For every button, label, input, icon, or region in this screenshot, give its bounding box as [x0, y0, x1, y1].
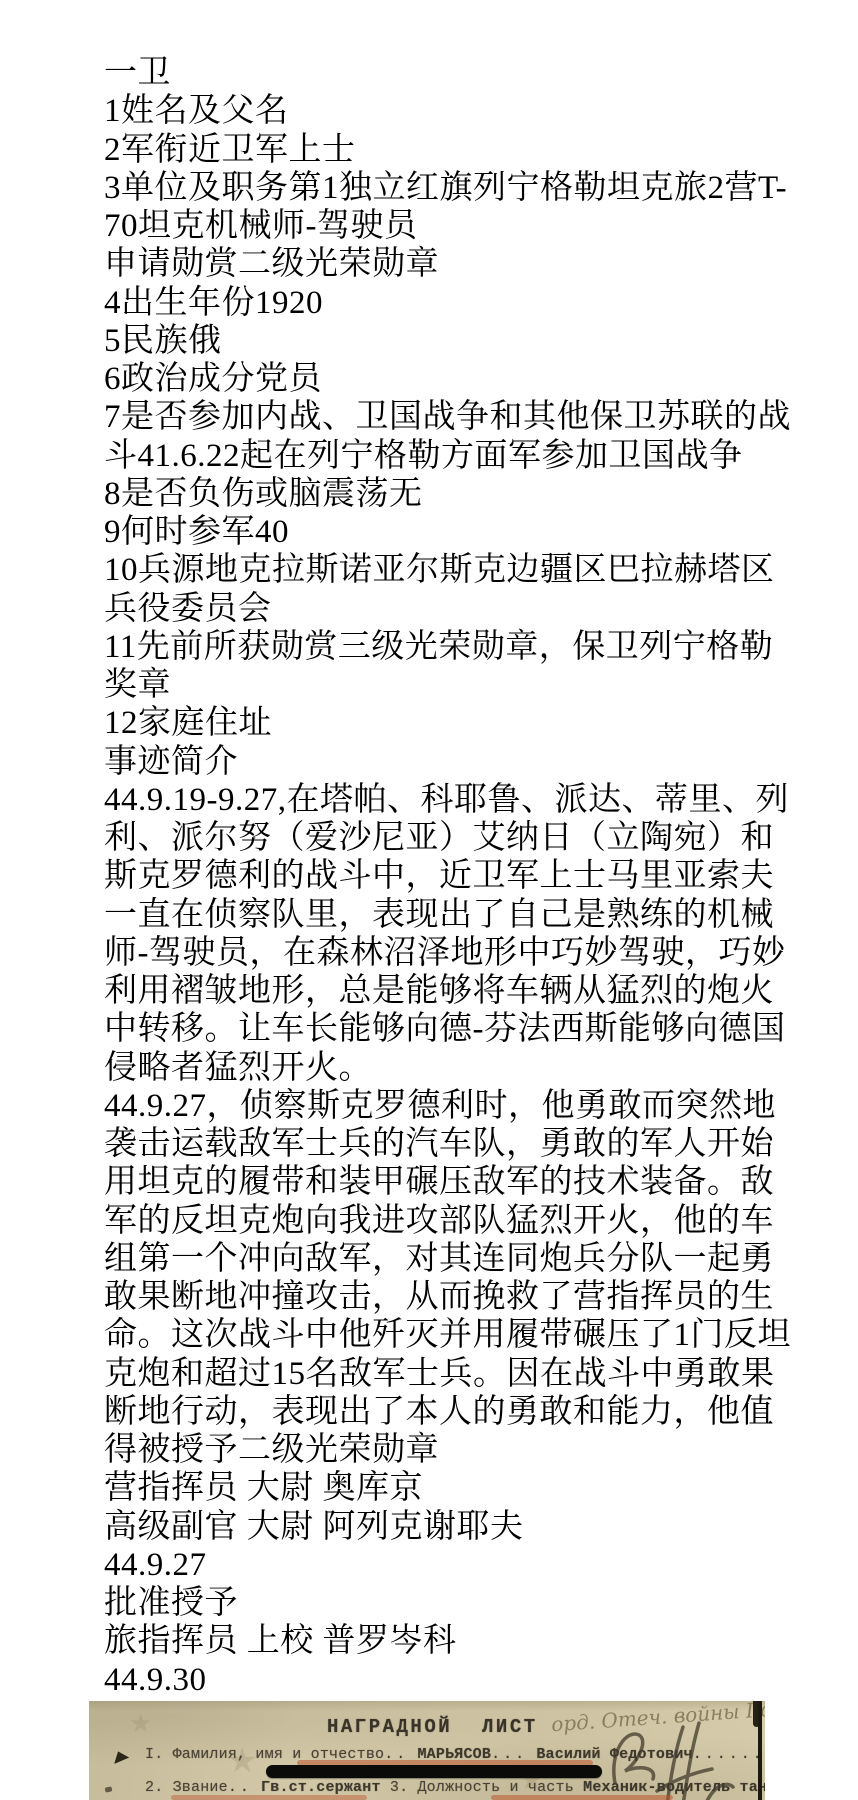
translation-line: 12家庭住址	[104, 704, 804, 742]
translation-line: 9何时参军40	[104, 513, 804, 551]
scan-title: НАГРАДНОЙ ЛИСТ	[327, 1716, 538, 1738]
field-label: Звание	[173, 1779, 228, 1796]
translation-line: 8是否负伤或脑震荡无	[104, 475, 804, 513]
translation-line: 旅指挥员 上校 普罗岑科	[104, 1622, 804, 1660]
translation-line: 事迹简介	[104, 743, 804, 781]
translation-line: 6政治成分党员	[104, 360, 804, 398]
rank-value: Гв.ст.сержант	[261, 1779, 381, 1796]
position-value: Механик-водитель танка.	[583, 1779, 765, 1796]
translation-line: 中转移。让车长能够向德-芬法西斯能够向德国	[104, 1010, 804, 1048]
translation-line: 44.9.19-9.27,在塔帕、科耶鲁、派达、蒂里、列	[104, 781, 804, 819]
scanned-award-sheet: ★ ★ ★ НАГРАДНОЙ ЛИСТ орд. Отеч. войны I …	[89, 1701, 765, 1800]
translation-line: 奖章	[104, 666, 804, 704]
red-underline	[491, 1795, 673, 1800]
translation-text: 一卫1姓名及父名2军衔近卫军上士3单位及职务第1独立红旗列宁格勒坦克旅2营T-7…	[104, 54, 804, 1699]
translation-line: 4出生年份1920	[104, 284, 804, 322]
translation-line: 军的反坦克炮向我进攻部队猛烈开火，他的车	[104, 1202, 804, 1240]
leader-dots: ...............	[693, 1746, 765, 1763]
translation-line: 命。这次战斗中他歼灭并用履带碾压了1门反坦	[104, 1316, 804, 1354]
translation-line: 一直在侦察队里，表现出了自己是熟练的机械	[104, 896, 804, 934]
translation-line: 侵略者猛烈开火。	[104, 1049, 804, 1087]
translation-line: 斗41.6.22起在列宁格勒方面军参加卫国战争	[104, 437, 804, 475]
translation-line: 断地行动，表现出了本人的勇敢和能力，他值	[104, 1393, 804, 1431]
translation-line: 10兵源地克拉斯诺亚尔斯克边疆区巴拉赫塔区	[104, 551, 804, 589]
redaction-bar	[266, 1765, 602, 1778]
field-number: 3.	[390, 1779, 408, 1796]
translation-line: 斯克罗德利的战斗中，近卫军上士马里亚索夫	[104, 857, 804, 895]
field-label: Должность и часть	[417, 1779, 573, 1796]
translation-line: 2军衔近卫军上士	[104, 131, 804, 169]
translation-line: 批准授予	[104, 1584, 804, 1622]
translation-line: 得被授予二级光荣勋章	[104, 1431, 804, 1469]
translation-line: 师-驾驶员，在森林沼泽地形中巧妙驾驶，巧妙	[104, 934, 804, 972]
red-underline	[171, 1795, 367, 1800]
translation-line: 营指挥员 大尉 奥库京	[104, 1469, 804, 1507]
ink-dot	[105, 1786, 113, 1792]
translation-line: 11先前所获勋赏三级光荣勋章，保卫列宁格勒	[104, 628, 804, 666]
translation-line: 克炮和超过15名敌军士兵。因在战斗中勇敢果	[104, 1355, 804, 1393]
translation-line: 组第一个冲向敌军，对其连同炮兵分队一起勇	[104, 1240, 804, 1278]
translation-line: 7是否参加内战、卫国战争和其他保卫苏联的战	[104, 398, 804, 436]
translation-line: 70坦克机械师-驾驶员	[104, 207, 804, 245]
translation-line: 袭击运载敌军士兵的汽车队，勇敢的军人开始	[104, 1125, 804, 1163]
translation-line: 申请勋赏二级光荣勋章	[104, 245, 804, 283]
translation-line: 44.9.27，侦察斯克罗德利时，他勇敢而突然地	[104, 1087, 804, 1125]
translation-line: 5民族俄	[104, 322, 804, 360]
translation-line: 44.9.30	[104, 1661, 804, 1699]
translation-line: 敢果断地冲撞攻击，从而挽救了营指挥员的生	[104, 1278, 804, 1316]
translation-line: 一卫	[104, 54, 804, 92]
translation-line: 利用褶皱地形，总是能够将车辆从猛烈的炮火	[104, 972, 804, 1010]
translation-line: 高级副官 大尉 阿列克谢耶夫	[104, 1508, 804, 1546]
star-watermark: ★	[129, 1709, 152, 1739]
translation-line: 44.9.27	[104, 1546, 804, 1584]
leader-dots: ..	[228, 1779, 252, 1796]
ink-mark	[114, 1751, 130, 1766]
translation-line: 用坦克的履带和装甲碾压敌军的技术装备。敌	[104, 1163, 804, 1201]
field-number: 2.	[145, 1779, 163, 1796]
scan-edge-line	[758, 1701, 762, 1800]
translation-line: 1姓名及父名	[104, 92, 804, 130]
translation-line: 3单位及职务第1独立红旗列宁格勒坦克旅2营T-	[104, 169, 804, 207]
document-page: 一卫1姓名及父名2军衔近卫军上士3单位及职务第1独立红旗列宁格勒坦克旅2营T-7…	[0, 0, 858, 1800]
translation-line: 利、派尔努（爱沙尼亚）艾纳日（立陶宛）和	[104, 819, 804, 857]
field-rank-row: 2. Звание.. Гв.ст.сержант 3. Должность и…	[145, 1779, 765, 1796]
translation-line: 兵役委员会	[104, 590, 804, 628]
field-number: I.	[145, 1746, 163, 1763]
